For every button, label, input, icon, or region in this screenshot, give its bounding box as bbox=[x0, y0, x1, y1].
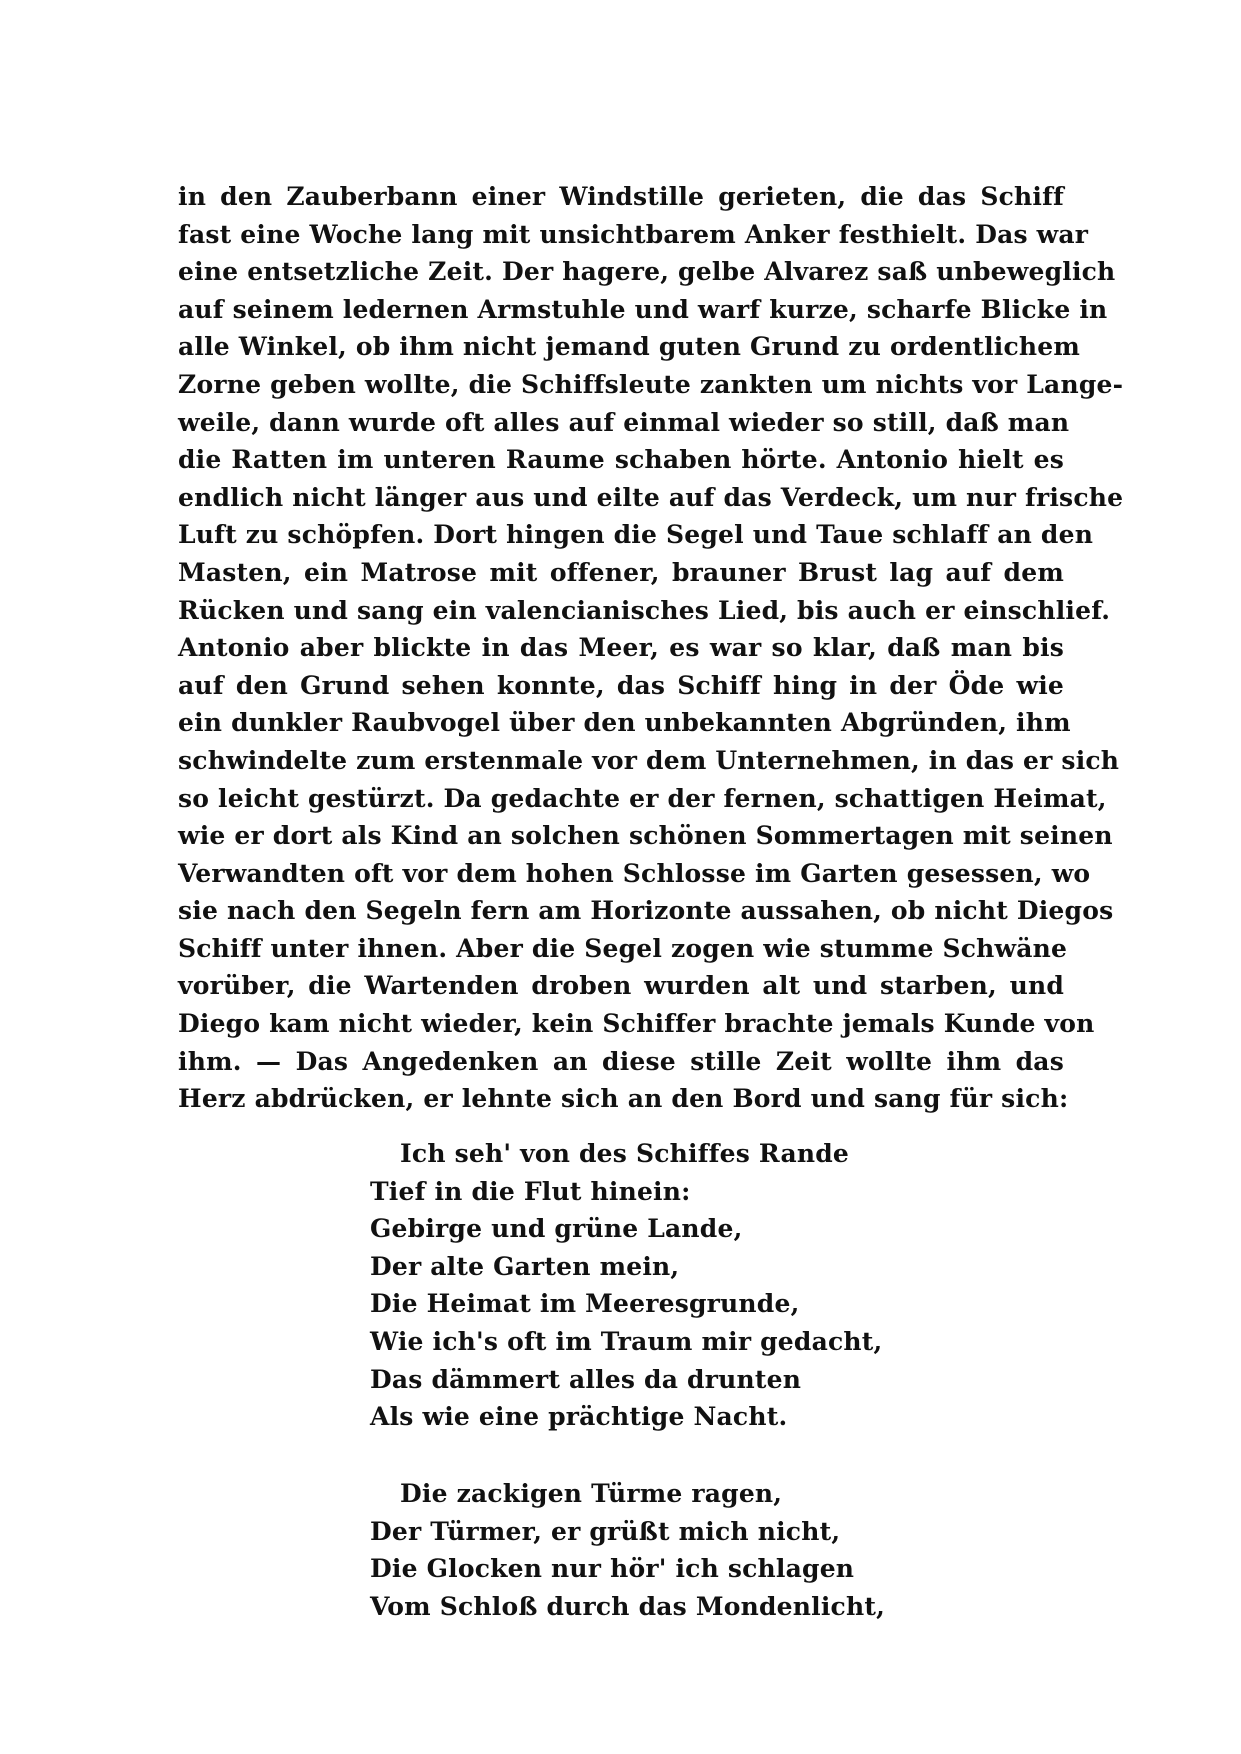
prose-line: ihm. — Das Angedenken an diese stille Ze… bbox=[178, 1043, 1064, 1081]
poem-line: Wie ich's oft im Traum mir gedacht, bbox=[370, 1323, 930, 1361]
poem-line: Der Türmer, er grüßt mich nicht, bbox=[370, 1513, 930, 1551]
prose-line: Schiff unter ihnen. Aber die Segel zogen… bbox=[178, 930, 1064, 968]
prose-line: in den Zauberbann einer Windstille gerie… bbox=[178, 178, 1064, 216]
poem-line: Der alte Garten mein, bbox=[370, 1248, 930, 1286]
prose-line: fast eine Woche lang mit unsichtbarem An… bbox=[178, 216, 1064, 254]
poem-line: Vom Schloß durch das Mondenlicht, bbox=[370, 1588, 930, 1626]
prose-paragraph: in den Zauberbann einer Windstille gerie… bbox=[178, 178, 1064, 1118]
prose-line: endlich nicht länger aus und eilte auf d… bbox=[178, 479, 1064, 517]
prose-line: vorüber, die Wartenden droben wurden alt… bbox=[178, 967, 1064, 1005]
prose-line: weile, dann wurde oft alles auf einmal w… bbox=[178, 404, 1064, 442]
prose-line: wie er dort als Kind an solchen schönen … bbox=[178, 817, 1064, 855]
prose-line: eine entsetzliche Zeit. Der hagere, gelb… bbox=[178, 253, 1064, 291]
prose-line: schwindelte zum erstenmale vor dem Unter… bbox=[178, 742, 1064, 780]
prose-line: sie nach den Segeln fern am Horizonte au… bbox=[178, 892, 1064, 930]
prose-line: Rücken und sang ein valencianisches Lied… bbox=[178, 592, 1064, 630]
prose-line: alle Winkel, ob ihm nicht jemand guten G… bbox=[178, 328, 1064, 366]
poem-line: Als wie eine prächtige Nacht. bbox=[370, 1398, 930, 1436]
prose-line: ein dunkler Raubvogel über den unbekannt… bbox=[178, 704, 1064, 742]
poem-stanza-1: Ich seh' von des Schiffes Rande Tief in … bbox=[370, 1135, 930, 1436]
poem-line: Ich seh' von des Schiffes Rande bbox=[370, 1135, 930, 1173]
prose-line: so leicht gestürzt. Da gedachte er der f… bbox=[178, 780, 1064, 818]
poem-line: Gebirge und grüne Lande, bbox=[370, 1210, 930, 1248]
prose-line: auf seinem ledernen Armstuhle und warf k… bbox=[178, 291, 1064, 329]
poem-line: Die Glocken nur hör' ich schlagen bbox=[370, 1550, 930, 1588]
poem-line: Die zackigen Türme ragen, bbox=[370, 1475, 930, 1513]
prose-line: auf den Grund sehen konnte, das Schiff h… bbox=[178, 667, 1064, 705]
poem-line: Die Heimat im Meeresgrunde, bbox=[370, 1285, 930, 1323]
prose-line: die Ratten im unteren Raume schaben hört… bbox=[178, 441, 1064, 479]
poem-line: Das dämmert alles da drunten bbox=[370, 1361, 930, 1399]
poem-line: Tief in die Flut hinein: bbox=[370, 1173, 930, 1211]
prose-line: Antonio aber blickte in das Meer, es war… bbox=[178, 629, 1064, 667]
prose-line: Herz abdrücken, er lehnte sich an den Bo… bbox=[178, 1080, 1064, 1118]
prose-line: Masten, ein Matrose mit offener, brauner… bbox=[178, 554, 1064, 592]
prose-line: Zorne geben wollte, die Schiffsleute zan… bbox=[178, 366, 1064, 404]
prose-line: Diego kam nicht wieder, kein Schiffer br… bbox=[178, 1005, 1064, 1043]
poem-stanza-2: Die zackigen Türme ragen, Der Türmer, er… bbox=[370, 1475, 930, 1625]
book-page: in den Zauberbann einer Windstille gerie… bbox=[0, 0, 1241, 1754]
prose-line: Luft zu schöpfen. Dort hingen die Segel … bbox=[178, 516, 1064, 554]
prose-line: Verwandten oft vor dem hohen Schlosse im… bbox=[178, 855, 1064, 893]
